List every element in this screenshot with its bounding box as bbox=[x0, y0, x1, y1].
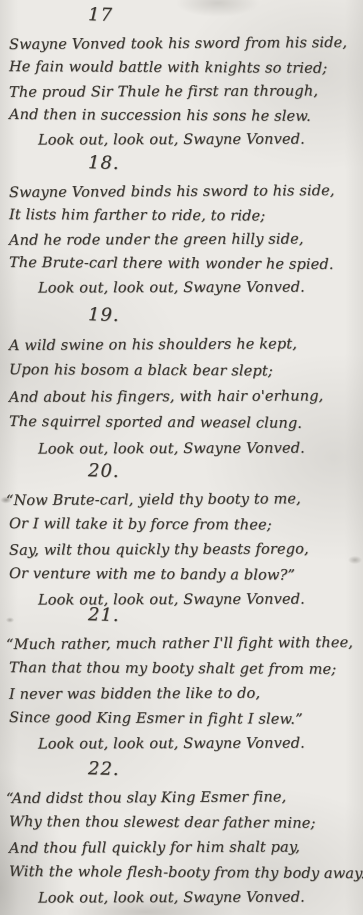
verse-line: He fain would battle with knights so tri… bbox=[0, 55, 363, 81]
verse-line: Upon his bosom a black bear slept; bbox=[0, 357, 363, 385]
verse-line: Since good King Esmer in fight I slew.” bbox=[0, 706, 363, 733]
verse-line: Swayne Vonved binds his sword to his sid… bbox=[0, 179, 363, 205]
refrain-line: Look out, look out, Swayne Vonved. bbox=[0, 885, 363, 911]
verse-line: I never was bidden the like to do, bbox=[0, 681, 363, 708]
verse-line: “Much rather, much rather I'll fight wit… bbox=[0, 631, 363, 658]
verse-line: Swayne Vonved took his sword from his si… bbox=[0, 31, 363, 57]
manuscript-page: 17 Swayne Vonved took his sword from his… bbox=[0, 0, 363, 915]
verse-line: And then in succession his sons he slew. bbox=[0, 103, 363, 129]
refrain-line: Look out, look out, Swayne Vonved. bbox=[0, 731, 363, 757]
verse-line: And thou full quickly for him shalt pay, bbox=[0, 835, 363, 862]
stanza-19: 19. A wild swine on his shoulders he kep… bbox=[0, 306, 363, 462]
verse-line: Or venture with me to bandy a blow?” bbox=[0, 562, 363, 589]
refrain-line: Look out, look out, Swayne Vonved. bbox=[0, 275, 363, 300]
verse-line: Than that thou my booty shalt get from m… bbox=[0, 656, 363, 683]
refrain-line: Look out, look out, Swayne Vonved. bbox=[0, 127, 363, 152]
verse-line: Why then thou slewest dear father mine; bbox=[0, 810, 363, 837]
stanza-20: 20. “Now Brute-carl, yield thy booty to … bbox=[0, 462, 363, 613]
verse-line: The proud Sir Thule he first ran through… bbox=[0, 79, 363, 105]
verse-line: And about his fingers, with hair o'erhun… bbox=[0, 383, 363, 411]
verse-line: Or I will take it by force from thee; bbox=[0, 512, 363, 539]
verse-line: “Now Brute-carl, yield thy booty to me, bbox=[0, 487, 363, 514]
stanza-22: 22. “And didst thou slay King Esmer fine… bbox=[0, 760, 363, 911]
verse-line: The squirrel sported and weasel clung. bbox=[0, 409, 363, 437]
stanza-17: 17 Swayne Vonved took his sword from his… bbox=[0, 6, 363, 152]
verse-line: And he rode under the green hilly side, bbox=[0, 227, 363, 253]
handwritten-text-layer: 17 Swayne Vonved took his sword from his… bbox=[0, 0, 363, 915]
refrain-line: Look out, look out, Swayne Vonved. bbox=[0, 435, 363, 462]
stanza-21: 21. “Much rather, much rather I'll fight… bbox=[0, 606, 363, 757]
verse-line: A wild swine on his shoulders he kept, bbox=[0, 331, 363, 359]
stanza-18: 18. Swayne Vonved binds his sword to his… bbox=[0, 154, 363, 300]
verse-line: With the whole flesh-booty from thy body… bbox=[0, 860, 363, 887]
verse-line: “And didst thou slay King Esmer fine, bbox=[0, 785, 363, 812]
verse-line: Say, wilt thou quickly thy beasts forego… bbox=[0, 537, 363, 564]
verse-line: It lists him farther to ride, to ride; bbox=[0, 203, 363, 229]
verse-line: The Brute-carl there with wonder he spie… bbox=[0, 251, 363, 277]
